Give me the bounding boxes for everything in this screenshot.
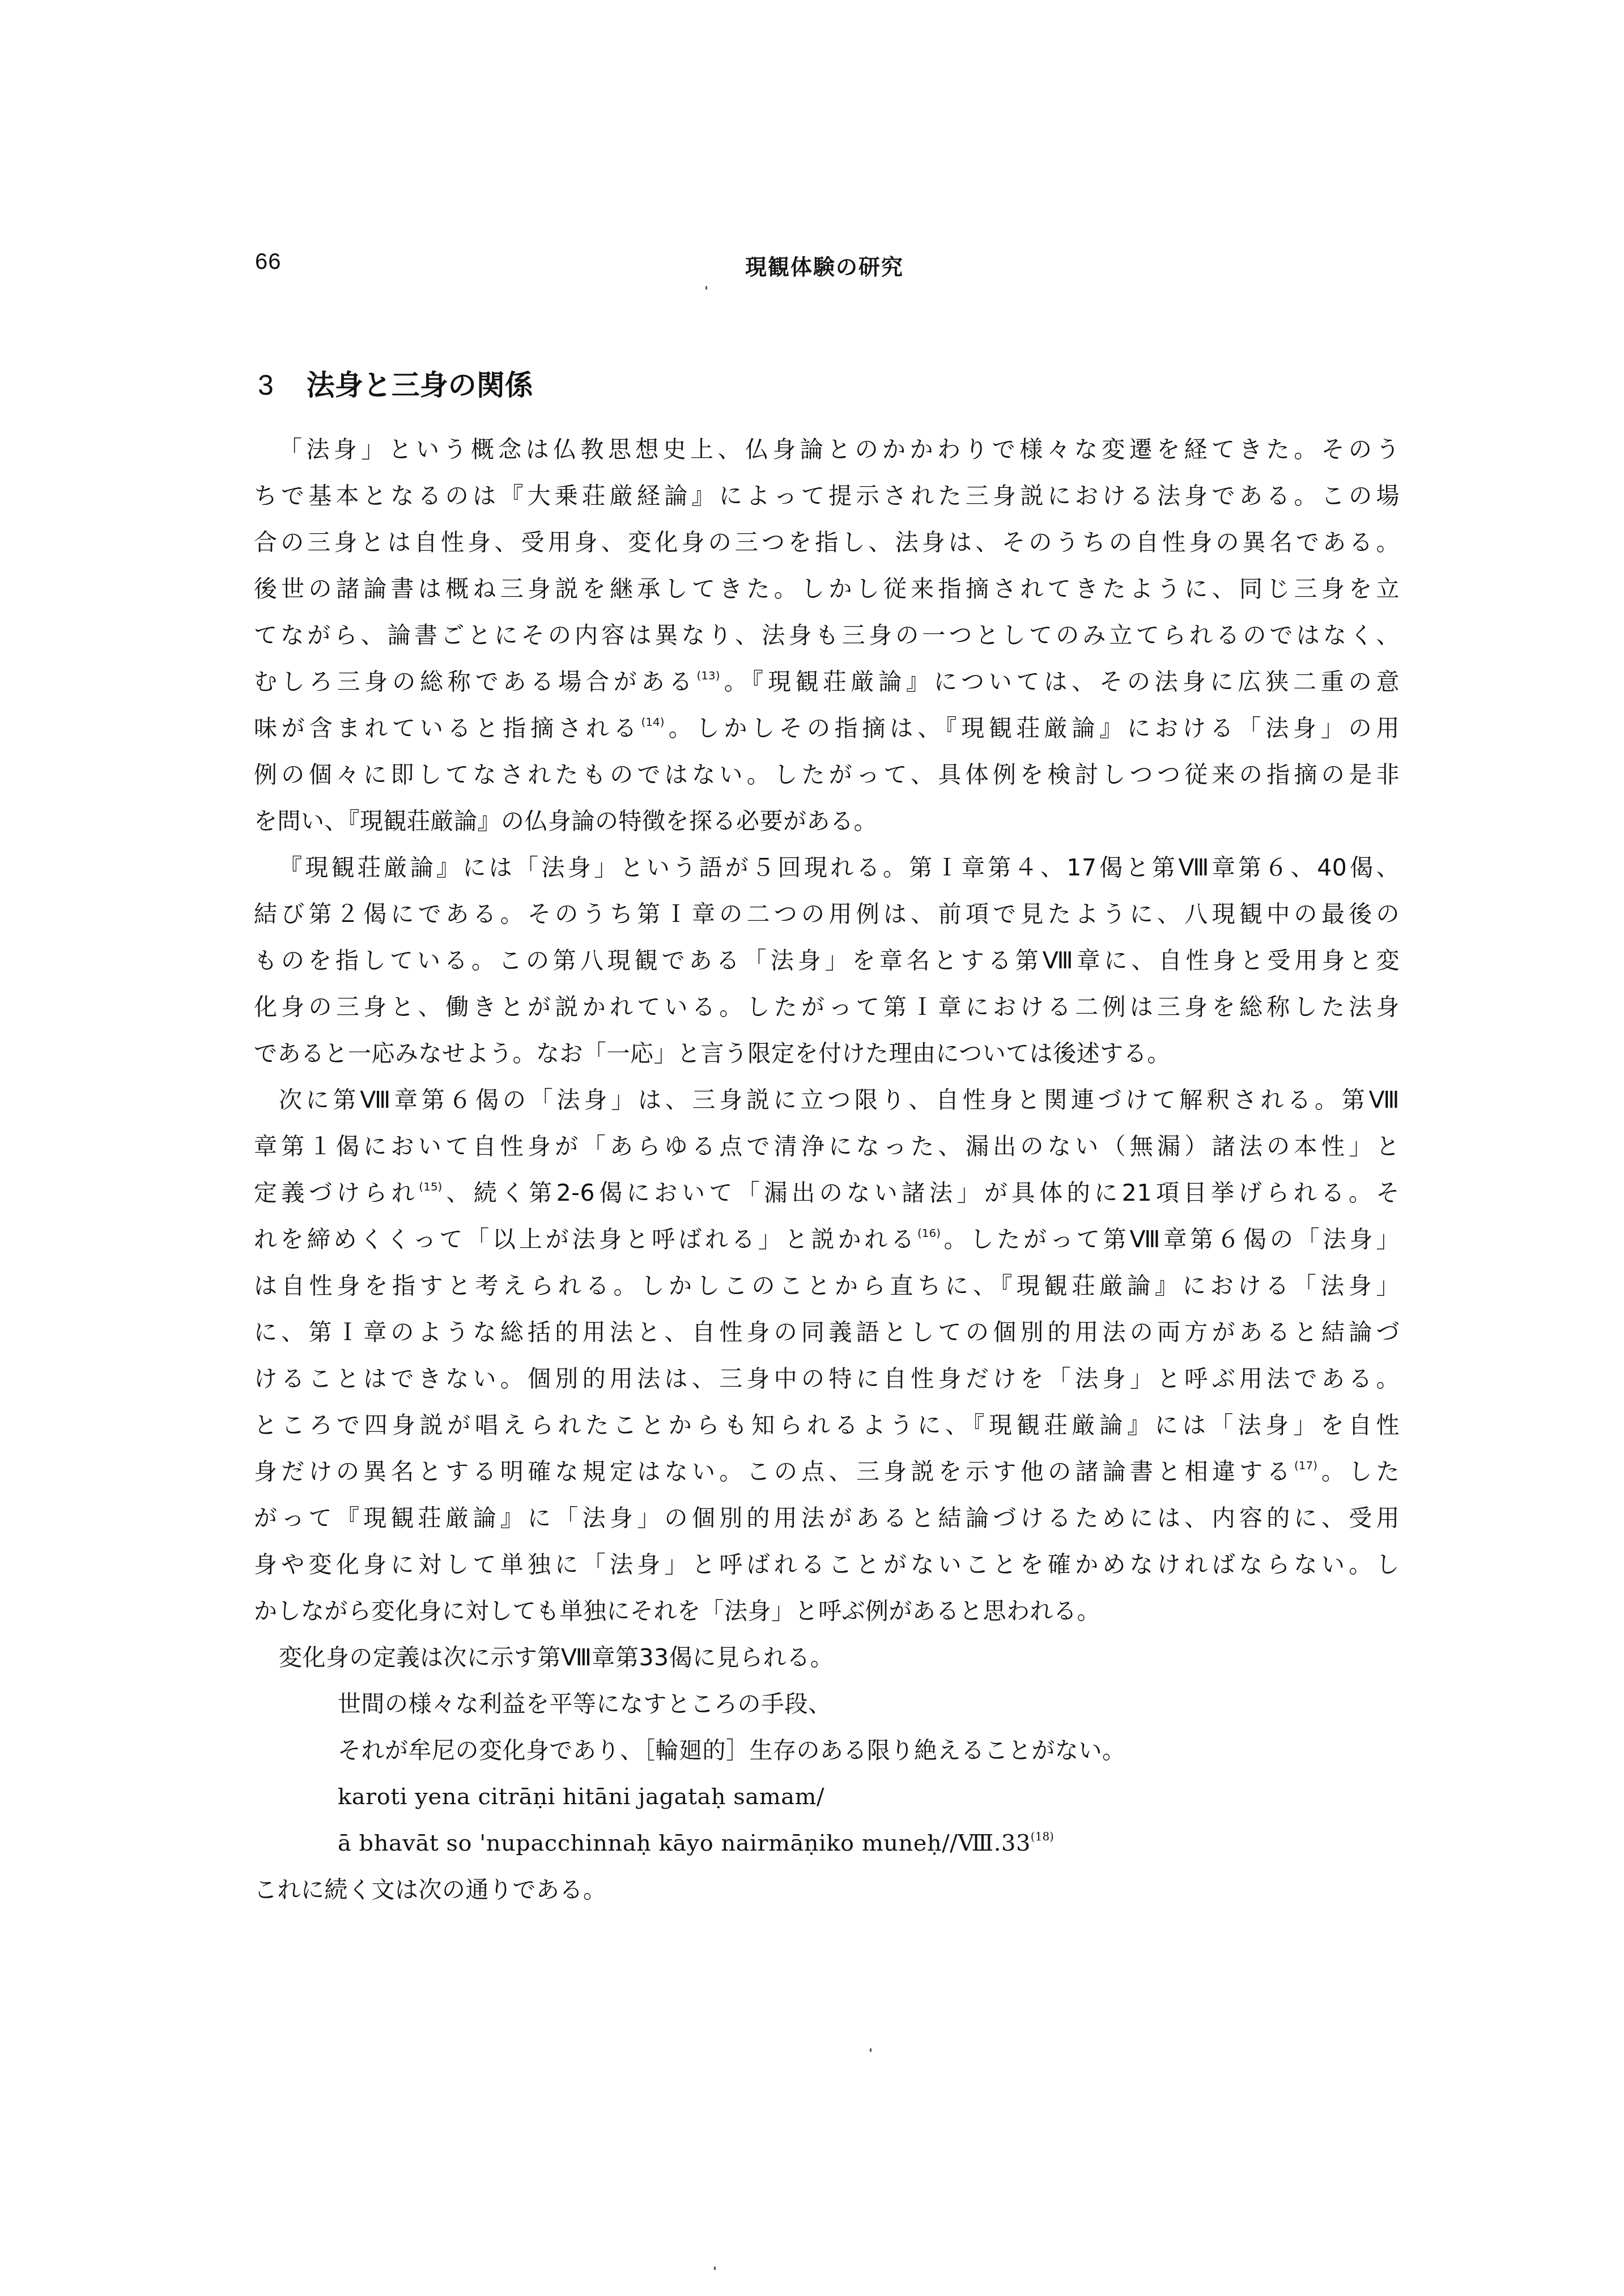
footnote-marker: (16) [917, 1226, 941, 1240]
line-text: れを締めくくって「以上が法身と呼ばれる」と説かれる [254, 1226, 917, 1253]
line-text: 。『現観荘厳論』については、その法身に広狭二重の意 [720, 668, 1400, 695]
footnote-marker: (17) [1294, 1459, 1317, 1472]
paragraph: 次に第Ⅷ章第６偈の「法身」は、三身説に立つ限り、自性身と関連づけて解釈される。第… [254, 1077, 1400, 1634]
line-text: 。した [1317, 1458, 1400, 1485]
text-line: 合の三身とは自性身、受用身、変化身の三つを指し、法身は、そのうちの自性身の異名で… [254, 519, 1400, 566]
text-line: は自性身を指すと考えられる。しかしこのことから直ちに、『現観荘厳論』における「法… [254, 1262, 1400, 1309]
footnote-marker: (18) [1031, 1830, 1054, 1843]
line-text: むしろ三身の総称である場合がある [254, 668, 696, 695]
section-heading: 3法身と三身の関係 [258, 363, 533, 403]
closing-line: これに続く文は次の通りである。 [254, 1866, 1400, 1913]
running-header: 66 現観体験の研究 [249, 249, 1400, 283]
text-line: 身や変化身に対して単独に「法身」と呼ばれることがないことを確かめなければならない… [254, 1541, 1400, 1588]
text-line: 章第１偈において自性身が「あらゆる点で清浄になった、漏出のない（無漏）諸法の本性… [254, 1123, 1400, 1170]
text-line: それが牟尼の変化身であり、［輪廻的］生存のある限り絶えることがない。 [254, 1727, 1400, 1774]
text-line: 例の個々に即してなされたものではない。したがって、具体例を検討しつつ従来の指摘の… [254, 751, 1400, 798]
paragraph: 変化身の定義は次に示す第Ⅷ章第33偈に見られる。 [254, 1634, 1400, 1681]
text-line: ところで四身説が唱えられたことからも知られるように、『現観荘厳論』には「法身」を… [254, 1402, 1400, 1448]
line-text: 。したがって第Ⅷ章第６偈の「法身」 [941, 1226, 1400, 1253]
text-line: 「法身」という概念は仏教思想史上、仏身論とのかかわりで様々な変遷を経てきた。その… [254, 426, 1400, 473]
scan-speck [870, 2048, 871, 2052]
line-text: 味が含まれていると指摘される [254, 715, 641, 742]
text-line: かしながら変化身に対しても単独にそれを「法身」と呼ぶ例があると思われる。 [254, 1588, 1400, 1634]
text-line: てながら、論書ごとにその内容は異なり、法身も三身の一つとしてのみ立てられるのでは… [254, 612, 1400, 658]
verse-quotation: 世間の様々な利益を平等になすところの手段、それが牟尼の変化身であり、［輪廻的］生… [254, 1681, 1400, 1866]
text-line: けることはできない。個別的用法は、三身中の特に自性身だけを「法身」と呼ぶ用法であ… [254, 1355, 1400, 1402]
text-line: に、第Ｉ章のような総括的用法と、自性身の同義語としての個別的用法の両方があると結… [254, 1309, 1400, 1355]
text-line: 世間の様々な利益を平等になすところの手段、 [254, 1681, 1400, 1727]
text-line: ものを指している。この第八現観である「法身」を章名とする第Ⅷ章に、自性身と受用身… [254, 937, 1400, 984]
line-text: karoti yena citrāṇi hitāni jagataḥ samam… [338, 1784, 824, 1810]
section-title: 法身と三身の関係 [307, 369, 533, 402]
line-text: 、続く第2-6偈において「漏出のない諸法」が具体的に21項目挙げられる。そ [442, 1179, 1400, 1206]
text-line: がって『現観荘厳論』に「法身」の個別的用法があると結論づけるためには、内容的に、… [254, 1495, 1400, 1541]
text-line: 化身の三身と、働きとが説かれている。したがって第Ｉ章における二例は三身を総称した… [254, 984, 1400, 1030]
line-text: 定義づけられ [254, 1179, 419, 1206]
scan-speck [705, 286, 707, 290]
text-line: 身だけの異名とする明確な規定はない。この点、三身説を示す他の諸論書と相違する(1… [254, 1448, 1400, 1495]
running-title: 現観体験の研究 [249, 249, 1400, 280]
text-line: 変化身の定義は次に示す第Ⅷ章第33偈に見られる。 [254, 1634, 1400, 1681]
text-line: であると一応みなせよう。なお「一応」と言う限定を付けた理由については後述する。 [254, 1030, 1400, 1077]
text-line: 後世の諸論書は概ね三身説を継承してきた。しかし従来指摘されてきたように、同じ三身… [254, 566, 1400, 612]
document-page: 66 現観体験の研究 3法身と三身の関係 「法身」という概念は仏教思想史上、仏身… [0, 0, 1624, 2296]
paragraph: 『現観荘厳論』には「法身」という語が５回現れる。第Ｉ章第４、17偈と第Ⅷ章第６、… [254, 844, 1400, 1077]
footnote-marker: (14) [641, 715, 664, 729]
section-number: 3 [258, 369, 274, 401]
line-text: 。しかしその指摘は、『現観荘厳論』における「法身」の用 [664, 715, 1400, 742]
text-line: 結び第２偈にである。そのうち第Ｉ章の二つの用例は、前項で見たように、八現観中の最… [254, 891, 1400, 937]
text-line: を問い、『現観荘厳論』の仏身論の特徴を探る必要がある。 [254, 798, 1400, 844]
footnote-marker: (15) [419, 1180, 442, 1193]
text-line: むしろ三身の総称である場合がある(13)。『現観荘厳論』については、その法身に広… [254, 658, 1400, 705]
text-line: ā bhavāt so 'nupacchinnaḥ kāyo nairmāṇik… [254, 1820, 1400, 1866]
footnote-marker: (13) [696, 669, 720, 682]
paragraph: 「法身」という概念は仏教思想史上、仏身論とのかかわりで様々な変遷を経てきた。その… [254, 426, 1400, 844]
text-line: 『現観荘厳論』には「法身」という語が５回現れる。第Ｉ章第４、17偈と第Ⅷ章第６、… [254, 844, 1400, 891]
text-line: 定義づけられ(15)、続く第2-6偈において「漏出のない諸法」が具体的に21項目… [254, 1170, 1400, 1216]
line-text: ā bhavāt so 'nupacchinnaḥ kāyo nairmāṇik… [338, 1830, 1031, 1856]
body-text: 「法身」という概念は仏教思想史上、仏身論とのかかわりで様々な変遷を経てきた。その… [254, 426, 1400, 1913]
text-line: れを締めくくって「以上が法身と呼ばれる」と説かれる(16)。したがって第Ⅷ章第６… [254, 1216, 1400, 1262]
text-line: ちで基本となるのは『大乗荘厳経論』によって提示された三身説における法身である。こ… [254, 473, 1400, 519]
scan-speck [714, 2267, 716, 2270]
text-line: 味が含まれていると指摘される(14)。しかしその指摘は、『現観荘厳論』における「… [254, 705, 1400, 751]
text-line: 次に第Ⅷ章第６偈の「法身」は、三身説に立つ限り、自性身と関連づけて解釈される。第… [254, 1077, 1400, 1123]
line-text: 身だけの異名とする明確な規定はない。この点、三身説を示す他の諸論書と相違する [254, 1458, 1294, 1485]
text-line: karoti yena citrāṇi hitāni jagataḥ samam… [254, 1774, 1400, 1820]
